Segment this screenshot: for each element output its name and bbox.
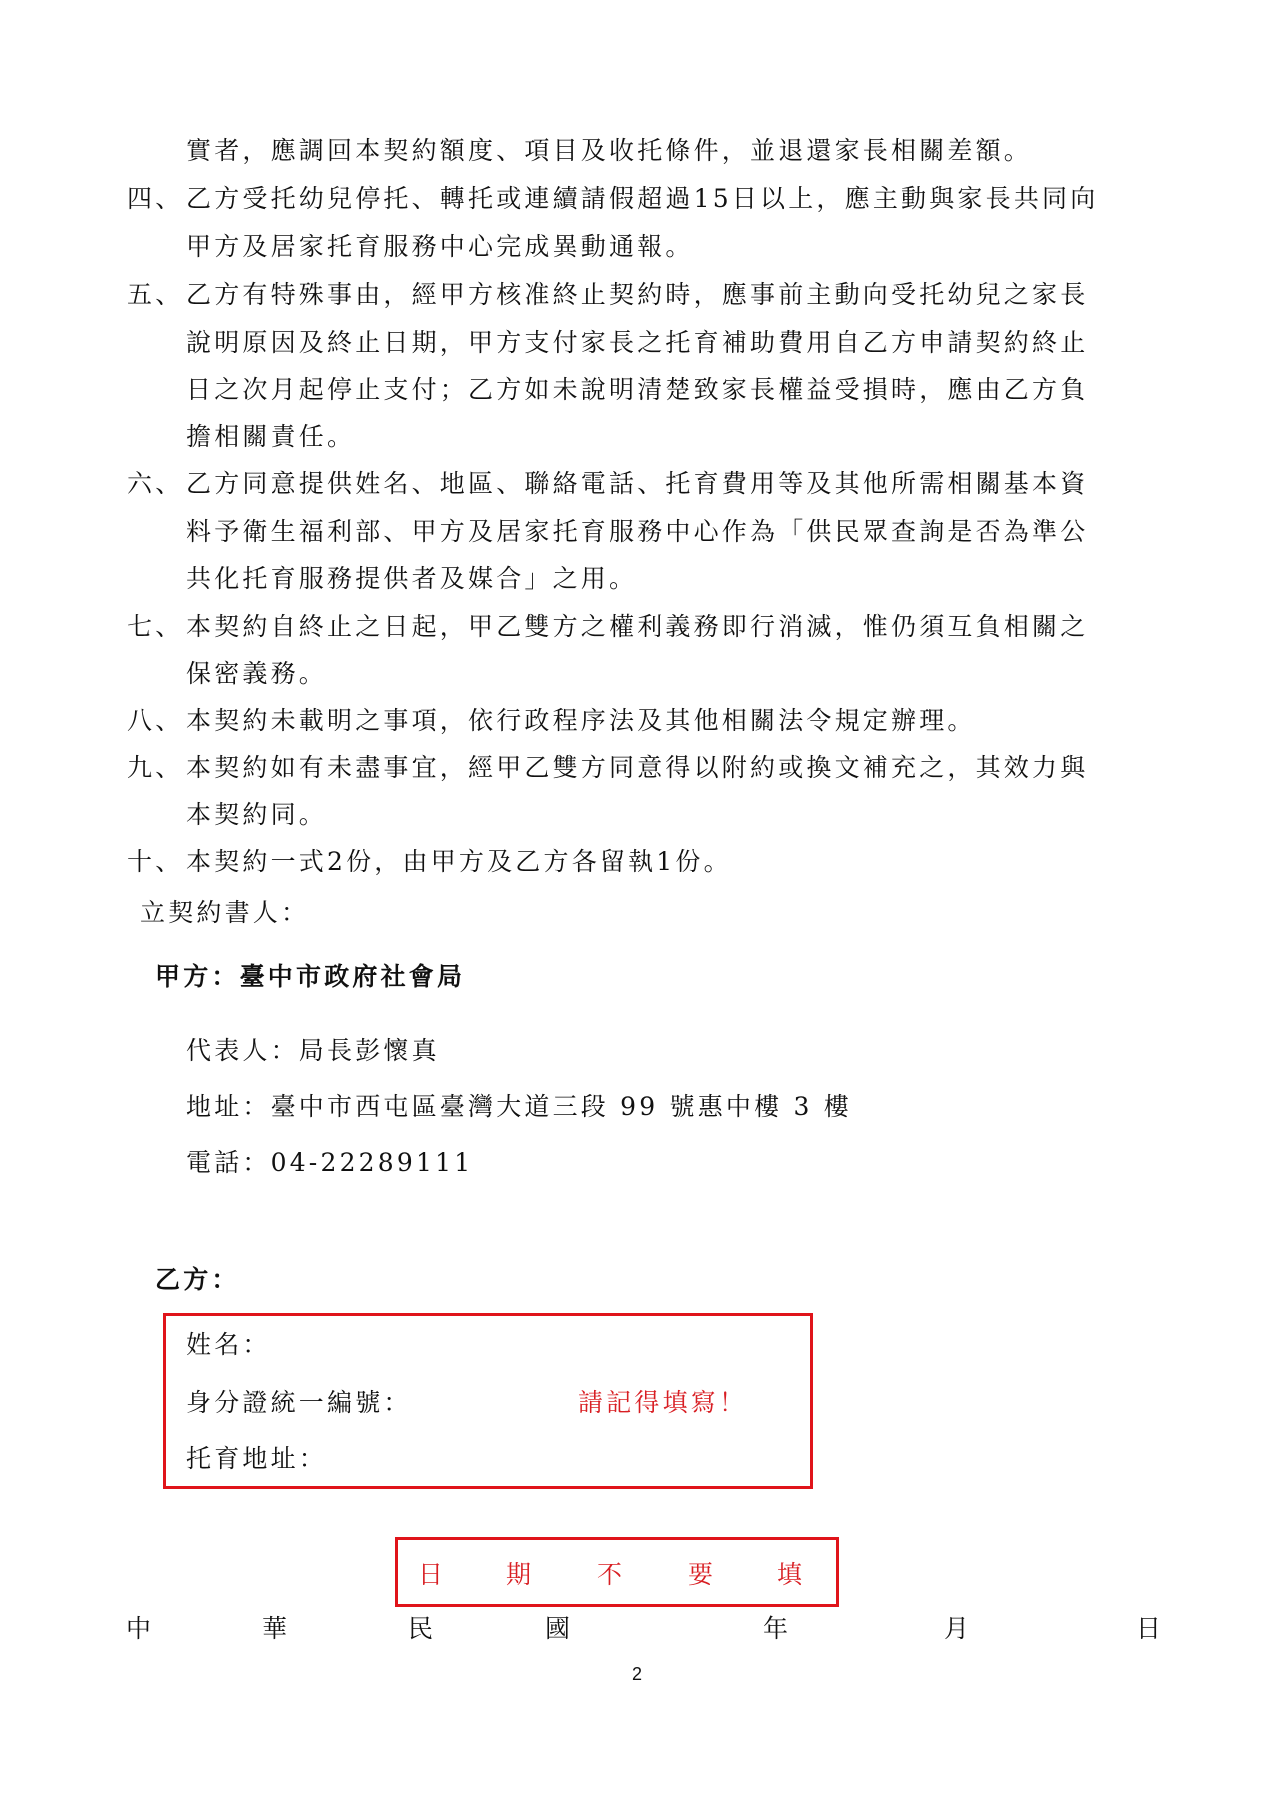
clause-6-line-3: 共化托育服務提供者及媒合」之用。 (186, 564, 637, 594)
clause-5-line-2: 說明原因及終止日期，甲方支付家長之托育補助費用自乙方申請契約終止 (186, 328, 1088, 358)
clause-6-line-2: 料予衛生福利部、甲方及居家托育服務中心作為「供民眾查詢是否為準公 (186, 517, 1088, 547)
date-line-char: 年 (763, 1614, 788, 1644)
date-line-char: 民 (408, 1614, 433, 1644)
clause-7-line-1: 本契約自終止之日起，甲乙雙方之權利義務即行消滅，惟仍須互負相關之 (186, 612, 1088, 642)
party-b-title: 乙方： (155, 1265, 240, 1295)
date-note-char: 不 (597, 1560, 622, 1590)
party-a-phone: 電話：04-22289111 (186, 1148, 473, 1178)
clause-10-line-1: 本契約一式2份，由甲方及乙方各留執1份。 (186, 847, 732, 877)
clause-3-continuation: 實者，應調回本契約額度、項目及收托條件，並退還家長相關差額。 (186, 136, 1032, 166)
date-note-char: 要 (688, 1560, 713, 1590)
party-a-representative: 代表人：局長彭懷真 (186, 1036, 440, 1066)
party-b-name-label[interactable]: 姓名： (186, 1330, 271, 1360)
contract-page: 實者，應調回本契約額度、項目及收托條件，並退還家長相關差額。 四、 乙方受托幼兒… (0, 0, 1280, 1810)
clause-6-number: 六、 (127, 469, 183, 499)
party-b-address-label[interactable]: 托育地址： (186, 1444, 327, 1474)
fill-in-reminder: 請記得填寫！ (578, 1388, 747, 1418)
clause-4-line-1: 乙方受托幼兒停托、轉托或連續請假超過15日以上，應主動與家長共同向 (186, 184, 1098, 214)
date-line-char: 國 (545, 1614, 570, 1644)
clause-7-line-2: 保密義務。 (186, 659, 327, 689)
date-note-char: 日 (418, 1560, 443, 1590)
clause-5-line-1: 乙方有特殊事由，經甲方核准終止契約時，應事前主動向受托幼兒之家長 (186, 280, 1088, 310)
date-line-char: 華 (262, 1614, 287, 1644)
clause-9-line-2: 本契約同。 (186, 800, 327, 830)
party-b-id-label[interactable]: 身分證統一編號： (186, 1388, 412, 1418)
signatories-label: 立契約書人： (140, 898, 309, 928)
party-a-title: 甲方：臺中市政府社會局 (155, 962, 465, 992)
page-number: 2 (632, 1664, 642, 1685)
clause-5-line-3: 日之次月起停止支付；乙方如未說明清楚致家長權益受損時，應由乙方負 (186, 375, 1088, 405)
clause-7-number: 七、 (127, 612, 183, 642)
clause-6-line-1: 乙方同意提供姓名、地區、聯絡電話、托育費用等及其他所需相關基本資 (186, 469, 1088, 499)
clause-4-number: 四、 (127, 184, 183, 214)
clause-4-line-2: 甲方及居家托育服務中心完成異動通報。 (186, 232, 694, 262)
party-a-address: 地址：臺中市西屯區臺灣大道三段 99 號惠中樓 3 樓 (186, 1092, 852, 1122)
clause-9-line-1: 本契約如有未盡事宜，經甲乙雙方同意得以附約或換文補充之，其效力與 (186, 753, 1088, 783)
clause-5-line-4: 擔相關責任。 (186, 422, 355, 452)
clause-10-number: 十、 (127, 847, 183, 877)
clause-5-number: 五、 (127, 280, 183, 310)
clause-8-number: 八、 (127, 706, 183, 736)
date-line-char: 中 (126, 1614, 151, 1644)
date-line-char: 日 (1136, 1614, 1161, 1644)
date-note-char: 填 (777, 1560, 802, 1590)
date-note-char: 期 (506, 1560, 531, 1590)
clause-8-line-1: 本契約未載明之事項，依行政程序法及其他相關法令規定辦理。 (186, 706, 976, 736)
clause-9-number: 九、 (127, 753, 183, 783)
date-line-char: 月 (944, 1614, 969, 1644)
